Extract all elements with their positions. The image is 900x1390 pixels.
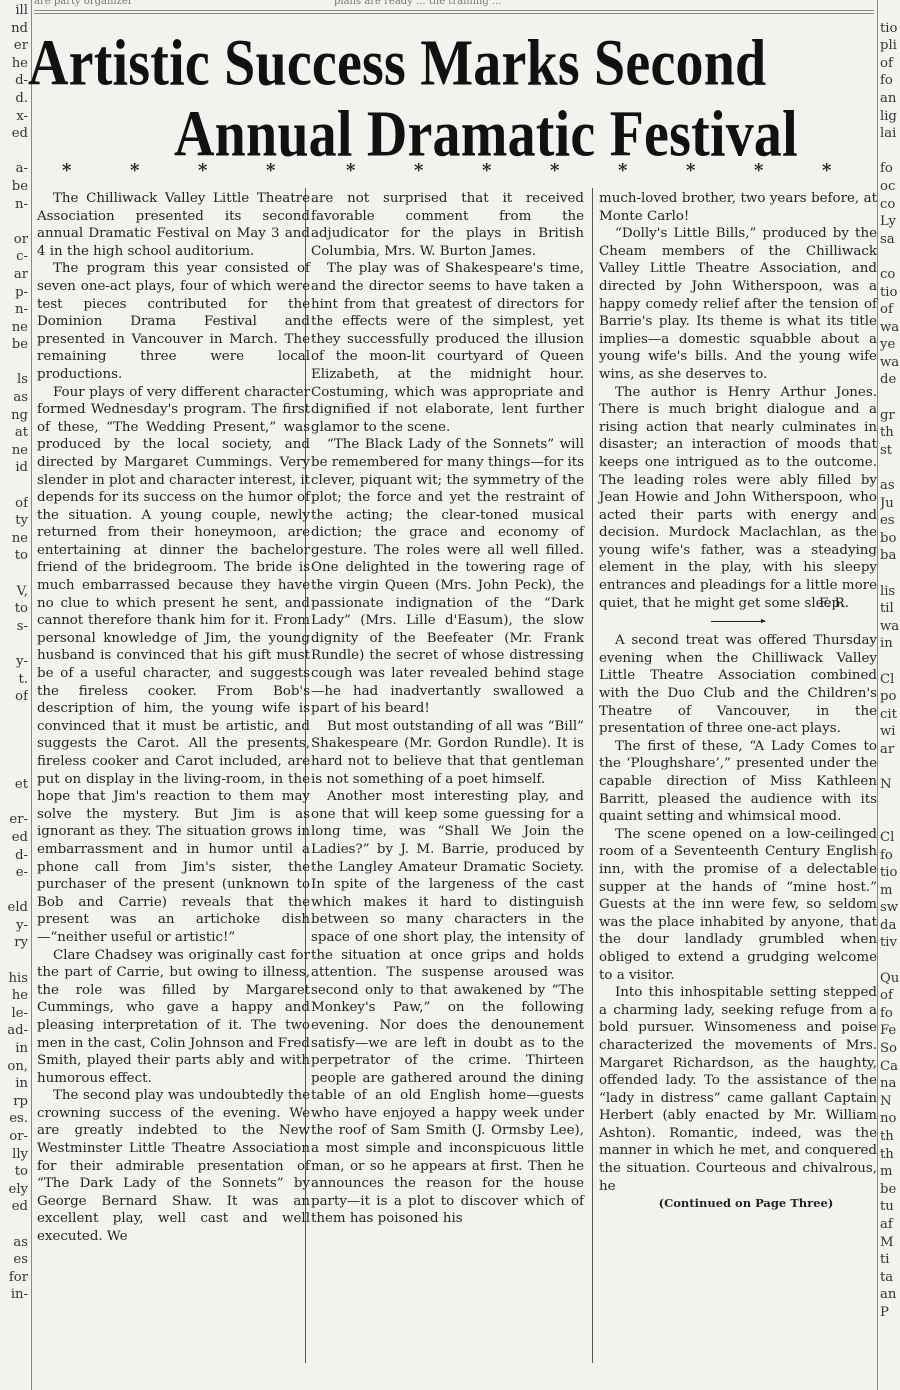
paragraph: The Chilliwack Valley Little Theatre Ass… <box>37 190 310 260</box>
fragment-line <box>0 952 28 970</box>
fragment-line: ne <box>0 530 28 548</box>
fragment-line: he <box>0 987 28 1005</box>
fragment-line: lig <box>880 108 900 126</box>
fragment-line: So <box>880 1040 900 1058</box>
fragment-line: an <box>880 1286 900 1304</box>
star-glyph: * <box>414 160 423 181</box>
fragment-line: Ju <box>880 495 900 513</box>
fragment-line: bo <box>880 530 900 548</box>
fragment-line: in <box>0 1040 28 1058</box>
fragment-line: st <box>880 442 900 460</box>
fragment-line <box>0 759 28 777</box>
paragraph: A second treat was offered Thursday even… <box>599 632 877 738</box>
fragment-line: til <box>880 600 900 618</box>
arrow-rule-icon <box>711 621 765 622</box>
fragment-line: af <box>880 1216 900 1234</box>
fragment-line <box>0 635 28 653</box>
fragment-line: of <box>880 55 900 73</box>
fragment-line: na <box>880 1075 900 1093</box>
fragment-line: Ly <box>880 213 900 231</box>
star-glyph: * <box>198 160 207 181</box>
fragment-line: fo <box>880 1005 900 1023</box>
fragment-line: cit <box>880 706 900 724</box>
fragment-line <box>880 952 900 970</box>
fragment-line <box>880 653 900 671</box>
fragment-line: Fe <box>880 1022 900 1040</box>
star-glyph: * <box>482 160 491 181</box>
fragment-line: ne <box>0 319 28 337</box>
fragment-line: lly <box>0 1146 28 1164</box>
fragment-line: be <box>880 1181 900 1199</box>
paragraph: “The Black Lady of the Sonnets” will be … <box>311 436 584 718</box>
article-headline: Artistic Success Marks Second Annual Dra… <box>22 28 874 170</box>
fragment-line <box>0 882 28 900</box>
fragment-line: to <box>0 547 28 565</box>
fragment-line: da <box>880 917 900 935</box>
fragment-line: Cl <box>880 829 900 847</box>
fragment-line: as <box>0 1234 28 1252</box>
fragment-line <box>0 565 28 583</box>
fragment-line <box>880 811 900 829</box>
fragment-line <box>0 723 28 741</box>
star-glyph: * <box>346 160 355 181</box>
fragment-line <box>0 354 28 372</box>
fragment-line: oc <box>880 178 900 196</box>
fragment-line: eld <box>0 899 28 917</box>
star-glyph: * <box>62 160 71 181</box>
fragment-line: fo <box>880 847 900 865</box>
fragment-line: N <box>880 1093 900 1111</box>
paragraph: Into this inhospitable setting stepped a… <box>599 984 877 1195</box>
column-divider-2 <box>592 188 593 1363</box>
fragment-line: as <box>880 477 900 495</box>
star-glyph: * <box>266 160 275 181</box>
fragment-line: p- <box>0 284 28 302</box>
fragment-line: ad- <box>0 1022 28 1040</box>
paragraph: The play was of Shakespeare's time, and … <box>311 260 584 436</box>
paragraph: Clare Chadsey was originally cast for th… <box>37 947 310 1088</box>
fragment-line: co <box>880 266 900 284</box>
fragment-line: c- <box>0 248 28 266</box>
fragment-line: tiv <box>880 934 900 952</box>
star-glyph: * <box>754 160 763 181</box>
fragment-line: ely <box>0 1181 28 1199</box>
fragment-line: ill <box>0 2 28 20</box>
fragment-line <box>0 741 28 759</box>
fragment-line: or- <box>0 1128 28 1146</box>
fragment-line: P <box>880 1304 900 1322</box>
fragment-line: de <box>880 371 900 389</box>
fragment-line: to <box>0 600 28 618</box>
fragment-line: tio <box>880 864 900 882</box>
fragment-line: of <box>880 301 900 319</box>
fragment-line: ls <box>0 371 28 389</box>
paragraph: The second play was undoubtedly the crow… <box>37 1087 310 1245</box>
fragment-line: at <box>0 424 28 442</box>
fragment-line <box>0 706 28 724</box>
top-fragment-center: plans are ready ... the training ... <box>334 0 501 7</box>
fragment-line: ry <box>0 934 28 952</box>
fragment-line: le- <box>0 1005 28 1023</box>
paragraph: The program this year consisted of seven… <box>37 260 310 383</box>
fragment-line: t. <box>0 671 28 689</box>
fragment-line: d- <box>0 847 28 865</box>
paragraph: Four plays of very different character f… <box>37 384 310 947</box>
fragment-line: pli <box>880 37 900 55</box>
fragment-line: po <box>880 688 900 706</box>
fragment-line: fo <box>880 160 900 178</box>
paragraph: Another most interesting play, and one t… <box>311 788 584 1228</box>
fragment-line: id <box>0 459 28 477</box>
double-rule-top <box>34 10 874 11</box>
headline-line-2: Annual Dramatic Festival <box>22 99 874 170</box>
article-column-1: The Chilliwack Valley Little Theatre Ass… <box>37 190 310 1246</box>
fragment-line: y- <box>0 917 28 935</box>
fragment-line <box>0 1216 28 1234</box>
fragment-line: ye <box>880 336 900 354</box>
fragment-line: for <box>0 1269 28 1287</box>
fragment-line: on, <box>0 1058 28 1076</box>
fragment-line: in <box>0 1075 28 1093</box>
fragment-line <box>0 794 28 812</box>
fragment-line: ar <box>880 741 900 759</box>
fragment-line: as <box>0 389 28 407</box>
fragment-line: co <box>880 196 900 214</box>
fragment-line: tio <box>880 20 900 38</box>
fragment-line <box>880 2 900 20</box>
left-page-rule <box>31 0 32 1390</box>
fragment-line: wa <box>880 618 900 636</box>
fragment-line: ng <box>0 407 28 425</box>
paragraph: “Dolly's Little Bills,” produced by the … <box>599 225 877 383</box>
fragment-line: ba <box>880 547 900 565</box>
fragment-line: es <box>0 1251 28 1269</box>
fragment-line: wa <box>880 354 900 372</box>
fragment-line: sa <box>880 231 900 249</box>
fragment-line: th <box>880 1146 900 1164</box>
fragment-line: his <box>0 970 28 988</box>
fragment-line <box>880 794 900 812</box>
fragment-line: ti <box>880 1251 900 1269</box>
fragment-line: lis <box>880 583 900 601</box>
fragment-line: Qu <box>880 970 900 988</box>
fragment-line: no <box>880 1110 900 1128</box>
star-glyph: * <box>686 160 695 181</box>
paragraph: much-loved brother, two years before, at… <box>599 190 877 225</box>
fragment-line: th <box>880 424 900 442</box>
fragment-line: of <box>0 495 28 513</box>
fragment-line: ta <box>880 1269 900 1287</box>
article-column-2: are not surprised that it received favor… <box>311 190 584 1228</box>
fragment-line: et <box>0 776 28 794</box>
fragment-line: wa <box>880 319 900 337</box>
fragment-line: Ca <box>880 1058 900 1076</box>
fragment-line: to <box>0 1163 28 1181</box>
fragment-line: wi <box>880 723 900 741</box>
fragment-line: ne <box>0 442 28 460</box>
fragment-line: ty <box>0 512 28 530</box>
star-glyph: * <box>618 160 627 181</box>
fragment-line <box>880 459 900 477</box>
fragment-line: in <box>880 635 900 653</box>
fragment-line <box>880 389 900 407</box>
fragment-line: of <box>880 987 900 1005</box>
fragment-line <box>880 565 900 583</box>
fragment-line: s- <box>0 618 28 636</box>
paragraph: The author is Henry Arthur Jones. There … <box>599 384 877 613</box>
article-column-3: much-loved brother, two years before, at… <box>599 190 877 1213</box>
fragment-line <box>0 477 28 495</box>
fragment-line: tio <box>880 284 900 302</box>
headline-line-1: Artistic Success Marks Second <box>22 28 874 99</box>
top-clipped-text: are party organizer plans are ready ... … <box>34 0 874 10</box>
fragment-line: ed <box>0 829 28 847</box>
section-divider-arrow <box>599 612 877 632</box>
fragment-line <box>880 143 900 161</box>
top-fragment-left: are party organizer <box>34 0 133 7</box>
fragment-line: gr <box>880 407 900 425</box>
fragment-line: m <box>880 1163 900 1181</box>
star-glyph: * <box>130 160 139 181</box>
fragment-line: n- <box>0 301 28 319</box>
fragment-line: or <box>0 231 28 249</box>
paragraph: But most outstanding of all was “Bill” S… <box>311 718 584 788</box>
fragment-line: be <box>0 336 28 354</box>
star-glyph: * <box>550 160 559 181</box>
fragment-line: V, <box>0 583 28 601</box>
paragraph: The scene opened on a low-ceilinged room… <box>599 826 877 984</box>
fragment-line: be <box>0 178 28 196</box>
fragment-line: tu <box>880 1198 900 1216</box>
fragment-line: in- <box>0 1286 28 1304</box>
fragment-line <box>880 248 900 266</box>
fragment-line: th <box>880 1128 900 1146</box>
fragment-line: es. <box>0 1110 28 1128</box>
adjacent-column-right-fragment: tioplioffoanliglaifooccoLysacotioofwayew… <box>880 0 900 1390</box>
fragment-line: e- <box>0 864 28 882</box>
fragment-line: y- <box>0 653 28 671</box>
fragment-line: an <box>880 90 900 108</box>
paragraph: The first of these, “A Lady Comes to the… <box>599 738 877 826</box>
fragment-line: of <box>0 688 28 706</box>
adjacent-column-left-fragment: illnderhed-d.x-eda-ben-orc-arp-n-nebelsa… <box>0 0 28 1390</box>
fragment-line: n- <box>0 196 28 214</box>
fragment-line: sw <box>880 899 900 917</box>
paragraph: are not surprised that it received favor… <box>311 190 584 260</box>
fragment-line: es <box>880 512 900 530</box>
fragment-line: m <box>880 882 900 900</box>
fragment-line: fo <box>880 72 900 90</box>
fragment-line: er- <box>0 811 28 829</box>
right-page-rule <box>877 0 878 1390</box>
double-rule-bottom <box>34 13 874 14</box>
fragment-line: rp <box>0 1093 28 1111</box>
fragment-line <box>880 759 900 777</box>
fragment-line <box>0 213 28 231</box>
fragment-line: ar <box>0 266 28 284</box>
continued-on-link[interactable]: (Continued on Page Three) <box>599 1195 877 1213</box>
fragment-line: Cl <box>880 671 900 689</box>
star-glyph: * <box>822 160 831 181</box>
fragment-line: lai <box>880 125 900 143</box>
star-separator: ************ <box>40 160 860 180</box>
fragment-line: N <box>880 776 900 794</box>
fragment-line: M <box>880 1234 900 1252</box>
fragment-line: ed <box>0 1198 28 1216</box>
